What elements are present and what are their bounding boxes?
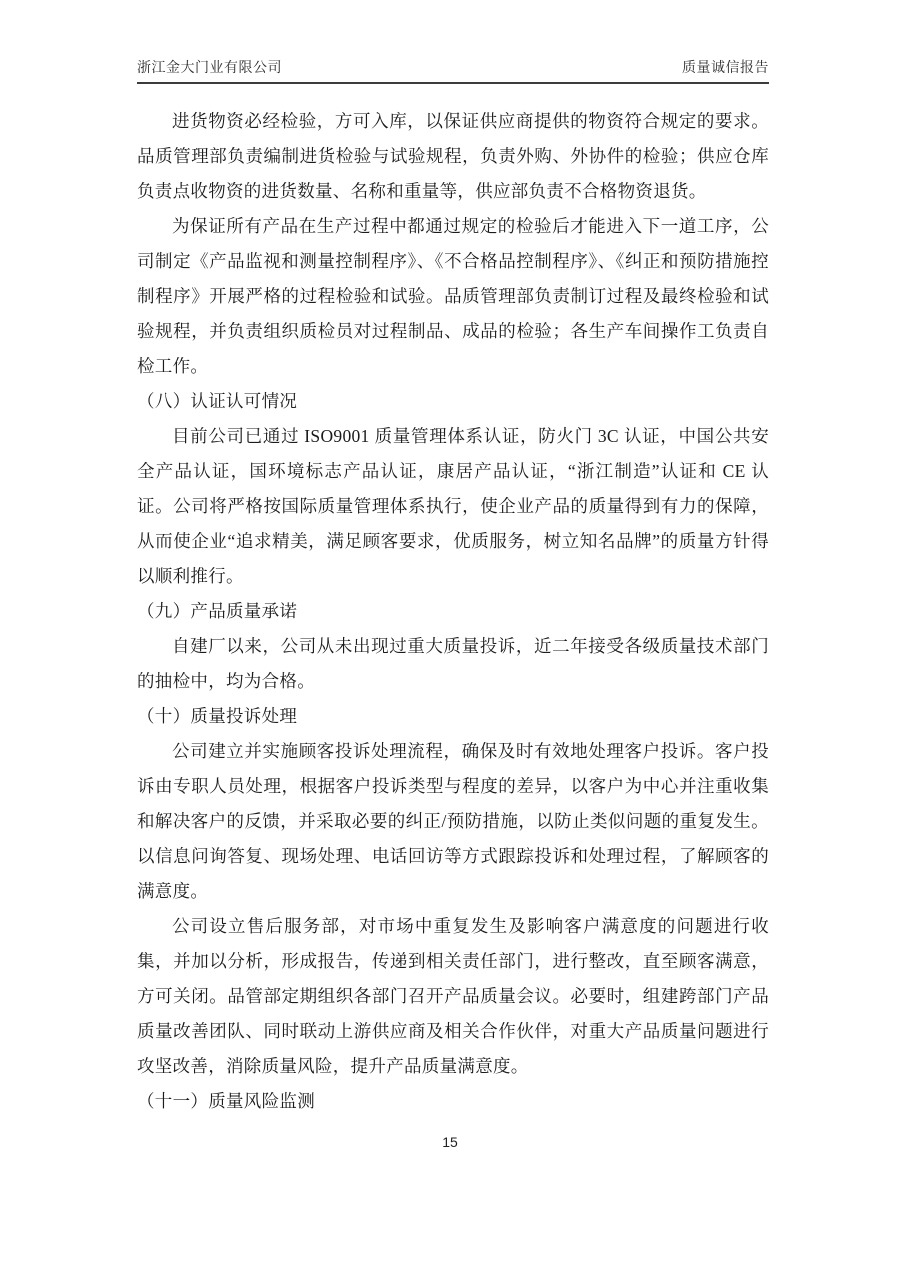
section-heading: （十一）质量风险监测: [137, 1084, 769, 1119]
paragraph: 进货物资必经检验，方可入库，以保证供应商提供的物资符合规定的要求。品质管理部负责…: [137, 104, 769, 209]
document-page: 浙江金大门业有限公司 质量诚信报告 进货物资必经检验，方可入库，以保证供应商提供…: [0, 0, 900, 1261]
page-number: 15: [442, 1134, 458, 1150]
page-header: 浙江金大门业有限公司 质量诚信报告: [137, 57, 769, 84]
section-heading: （八）认证认可情况: [137, 384, 769, 419]
paragraph: 目前公司已通过 ISO9001 质量管理体系认证，防火门 3C 认证，中国公共安…: [137, 419, 769, 594]
paragraph: 公司设立售后服务部，对市场中重复发生及影响客户满意度的问题进行收集，并加以分析，…: [137, 909, 769, 1084]
page-footer: 15: [0, 1134, 900, 1150]
paragraph: 为保证所有产品在生产过程中都通过规定的检验后才能进入下一道工序，公司制定《产品监…: [137, 209, 769, 384]
paragraph: 公司建立并实施顾客投诉处理流程，确保及时有效地处理客户投诉。客户投诉由专职人员处…: [137, 734, 769, 909]
section-heading: （九）产品质量承诺: [137, 594, 769, 629]
document-body: 进货物资必经检验，方可入库，以保证供应商提供的物资符合规定的要求。品质管理部负责…: [137, 104, 769, 1119]
section-heading: （十）质量投诉处理: [137, 699, 769, 734]
header-report-title: 质量诚信报告: [682, 57, 769, 77]
header-company-name: 浙江金大门业有限公司: [137, 57, 282, 77]
paragraph: 自建厂以来，公司从未出现过重大质量投诉，近二年接受各级质量技术部门的抽检中，均为…: [137, 629, 769, 699]
